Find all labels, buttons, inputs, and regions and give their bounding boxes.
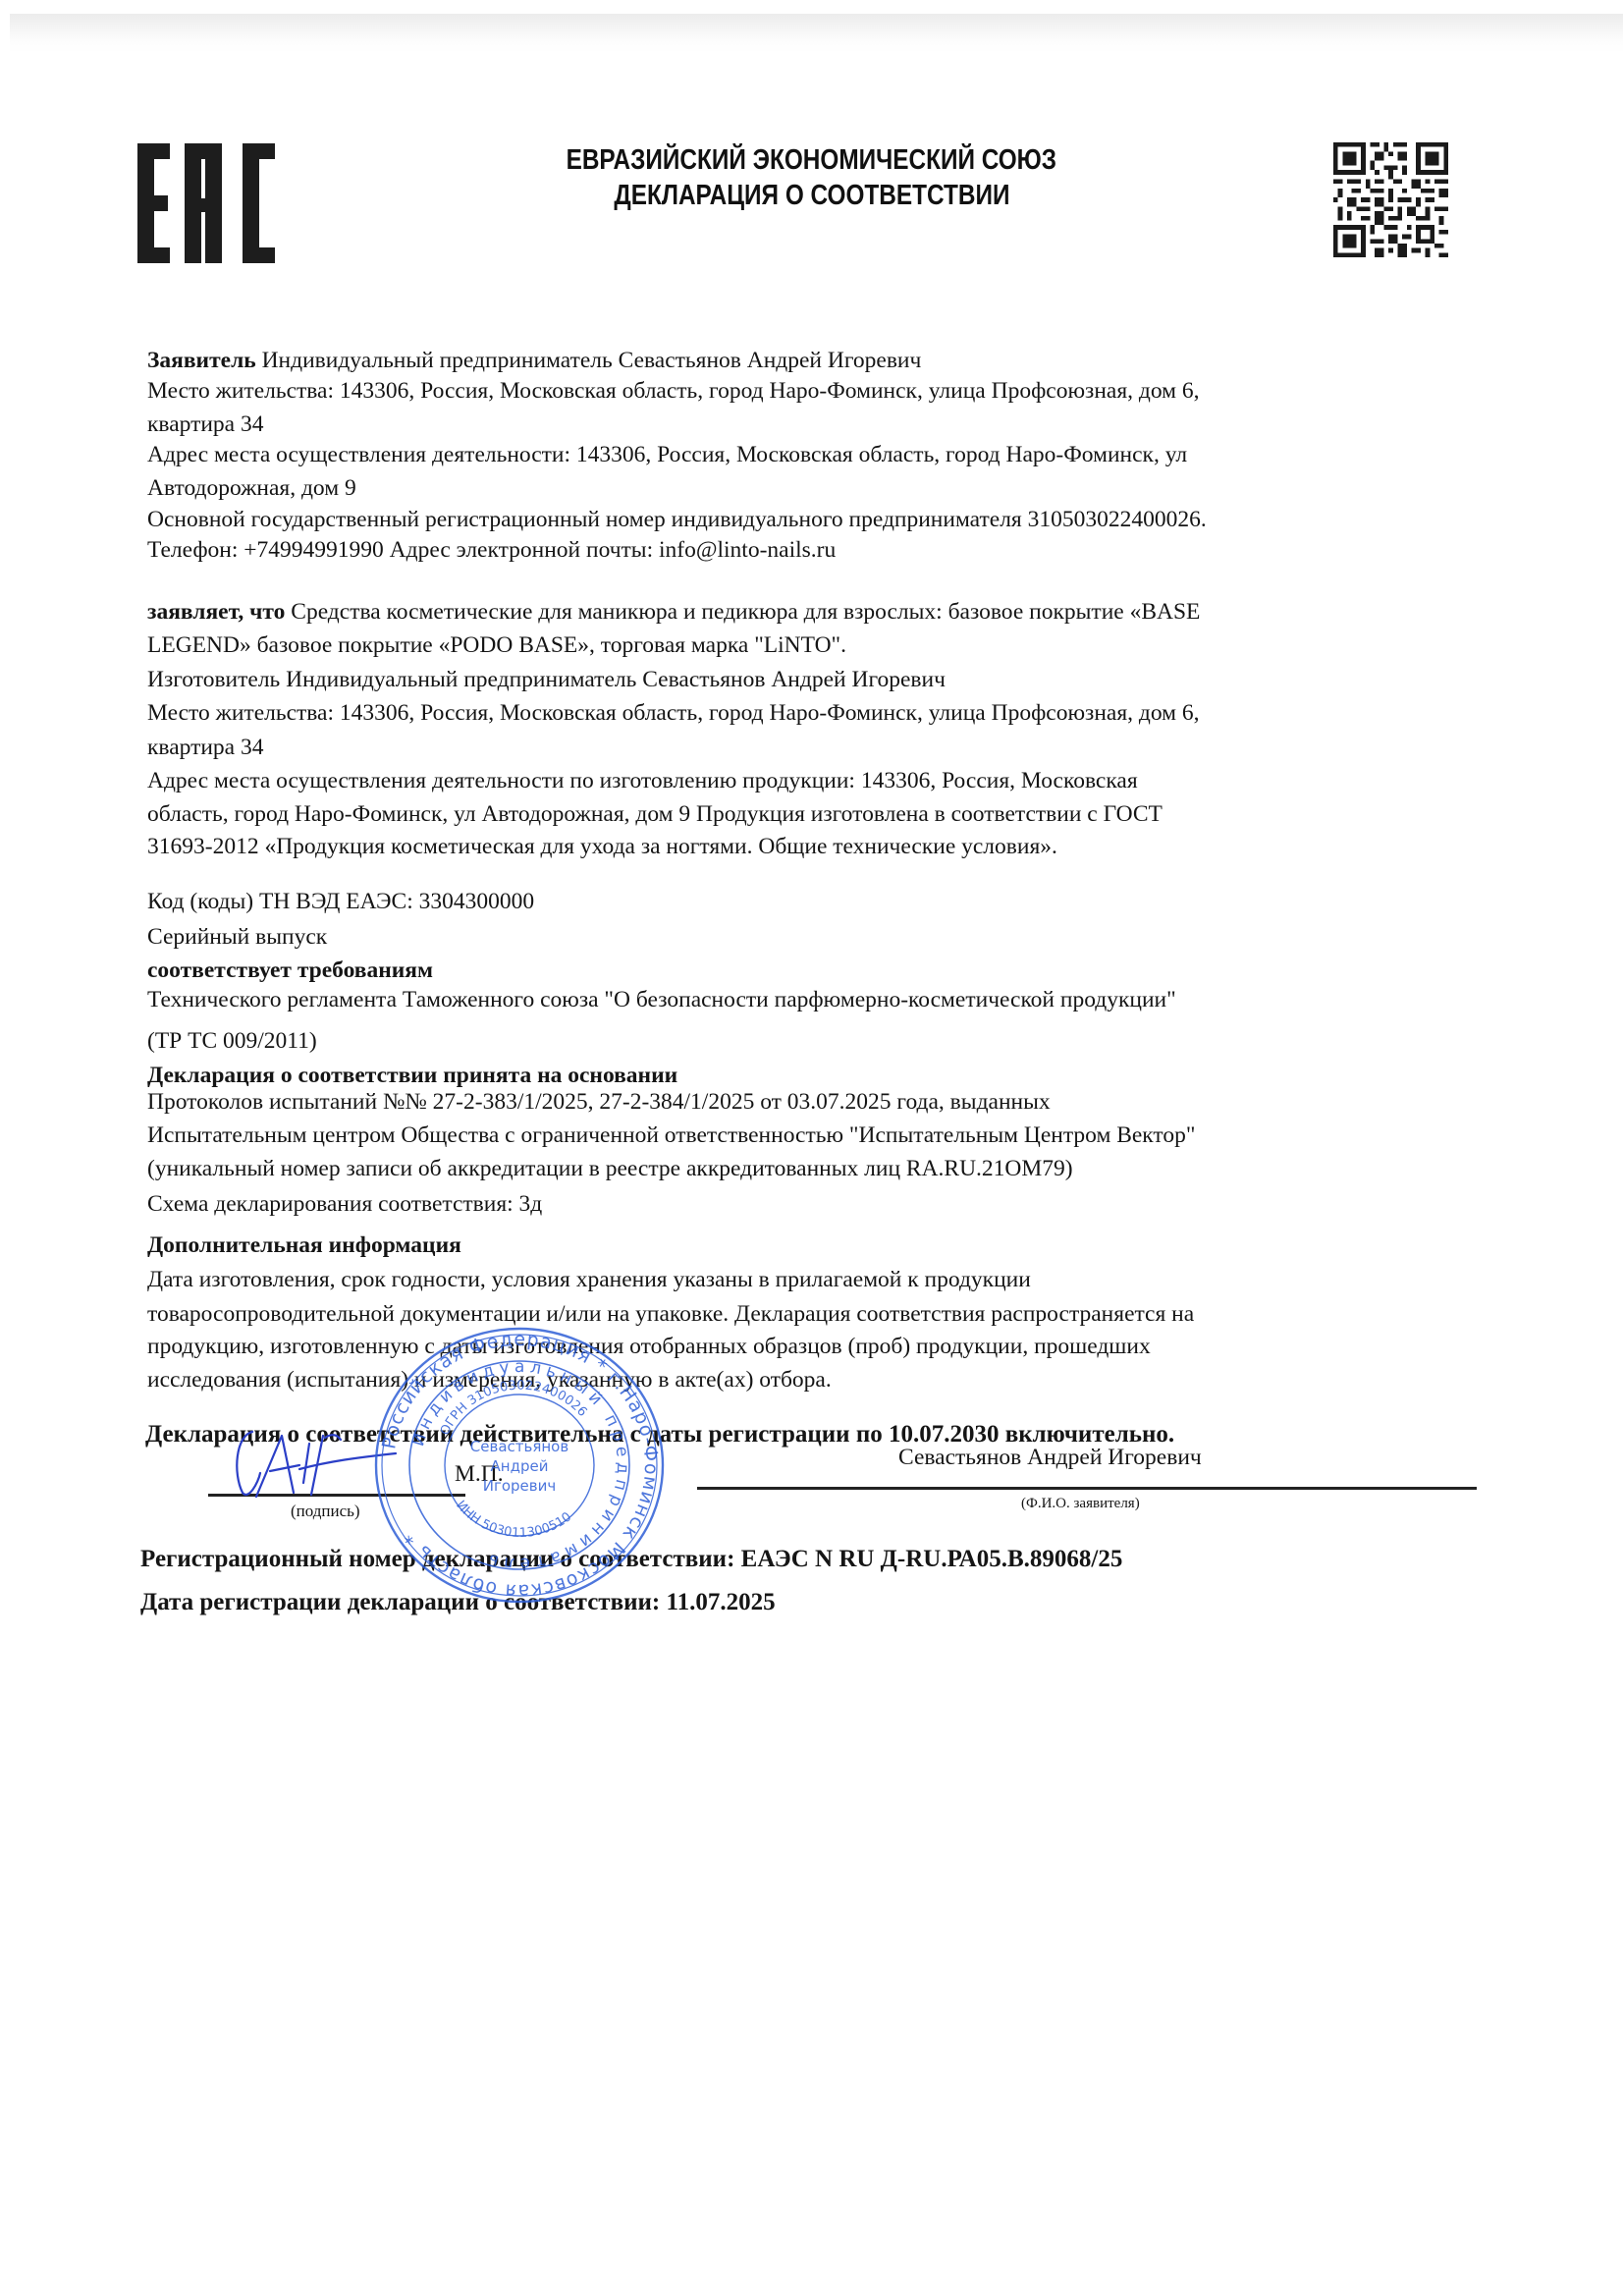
seal-stamp-icon: Российская Федерация * г.Наро-Фоминск Мо…	[374, 1326, 665, 1605]
basis-heading: Декларация о соответствии принята на осн…	[147, 1065, 677, 1088]
additional-line-1: Дата изготовления, срок годности, услови…	[147, 1269, 1031, 1292]
hs-code: Код (коды) ТН ВЭД ЕАЭС: 3304300000	[147, 891, 534, 914]
production-address-3: 31693-2012 «Продукция косметическая для …	[147, 836, 1057, 859]
conformity-heading: соответствует требованиям	[147, 959, 433, 983]
conformity-line-2: (ТР ТС 009/2011)	[147, 1030, 317, 1054]
signature-icon	[231, 1414, 398, 1503]
applicant-contacts: Телефон: +74994991990 Адрес электронной …	[147, 539, 836, 563]
manufacturer-residence-2: квартира 34	[147, 737, 263, 760]
applicant-signature-name: Севастьянов Андрей Игоревич	[898, 1447, 1202, 1470]
applicant-activity-1: Адрес места осуществления деятельности: …	[147, 444, 1187, 467]
product-description: Средства косметические для маникюра и пе…	[285, 599, 1200, 625]
basis-line-2: Испытательным центром Общества с огранич…	[147, 1124, 1195, 1148]
production-address-1: Адрес места осуществления деятельности п…	[147, 770, 1138, 793]
manufacturer: Изготовитель Индивидуальный предпринимат…	[147, 669, 946, 692]
release-type: Серийный выпуск	[147, 926, 327, 950]
manufacturer-residence-1: Место жительства: 143306, Россия, Москов…	[147, 702, 1200, 726]
svg-text:Игоревич: Игоревич	[483, 1477, 556, 1495]
signature-caption: (подпись)	[291, 1503, 360, 1519]
basis-line-3: (уникальный номер записи об аккредитации…	[147, 1158, 1073, 1181]
svg-text:Андрей: Андрей	[491, 1457, 549, 1475]
additional-heading: Дополнительная информация	[147, 1234, 461, 1258]
basis-line-1: Протоколов испытаний №№ 27-2-383/1/2025,…	[147, 1091, 1051, 1115]
applicant-activity-2: Автодорожная, дом 9	[147, 477, 356, 501]
declaration-scheme: Схема декларирования соответствия: 3д	[147, 1193, 542, 1217]
applicant-residence-1: Место жительства: 143306, Россия, Москов…	[147, 380, 1200, 404]
additional-line-2: товаросопроводительной документации и/ил…	[147, 1303, 1194, 1327]
production-address-2: область, город Наро-Фоминск, ул Автодоро…	[147, 803, 1163, 827]
product-description-2: LEGEND» базовое покрытие «PODO BASE», то…	[147, 634, 846, 658]
declares-label: заявляет, что	[147, 599, 285, 625]
applicant-ogrnip: Основной государственный регистрационный…	[147, 509, 1207, 532]
scan-artifact	[10, 14, 1623, 53]
applicant-line: Заявитель Индивидуальный предприниматель…	[147, 350, 921, 373]
declares-line: заявляет, что Средства косметические для…	[147, 601, 1200, 625]
applicant-name: Индивидуальный предприниматель Севастьян…	[256, 348, 922, 373]
applicant-residence-2: квартира 34	[147, 413, 263, 437]
name-caption: (Ф.И.О. заявителя)	[1021, 1497, 1140, 1511]
qr-code-icon	[1333, 142, 1448, 257]
svg-text:ИНН 503011300510: ИНН 503011300510	[453, 1498, 574, 1541]
applicant-label: Заявитель	[147, 348, 256, 373]
name-line	[697, 1487, 1477, 1490]
conformity-line-1: Технического регламента Таможенного союз…	[147, 989, 1176, 1012]
svg-text:Севастьянов: Севастьянов	[470, 1438, 568, 1455]
